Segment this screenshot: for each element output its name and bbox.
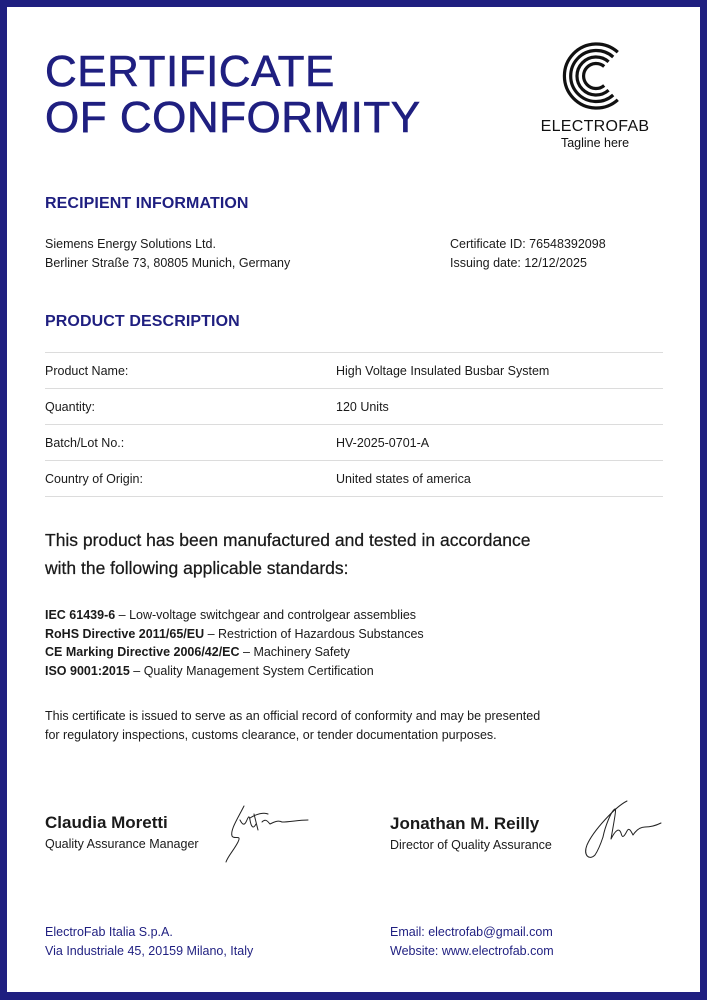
standard-code: IEC 61439-6 — [45, 608, 115, 622]
footer-company-info: ElectroFab Italia S.p.A. Via Industriale… — [45, 923, 253, 961]
statement-line-2: with the following applicable standards: — [45, 554, 645, 582]
standard-code: ISO 9001:2015 — [45, 664, 130, 678]
standards-list: IEC 61439-6 – Low-voltage switchgear and… — [45, 606, 424, 680]
signatory-role: Director of Quality Assurance — [390, 836, 552, 854]
footer-address: Via Industriale 45, 20159 Milano, Italy — [45, 942, 253, 961]
brand-tagline: Tagline here — [520, 136, 670, 150]
brand-name: ELECTROFAB — [520, 118, 670, 136]
standard-code: CE Marking Directive 2006/42/EC — [45, 645, 240, 659]
standard-item: ISO 9001:2015 – Quality Management Syste… — [45, 662, 424, 681]
signatory-name: Jonathan M. Reilly — [390, 814, 552, 834]
table-row: Country of Origin: United states of amer… — [45, 461, 663, 497]
row-label: Quantity: — [45, 389, 336, 425]
recipient-address: Berliner Straße 73, 80805 Munich, German… — [45, 254, 290, 273]
certificate-meta: Certificate ID: 76548392098 Issuing date… — [450, 235, 606, 273]
row-value: 120 Units — [336, 389, 663, 425]
standard-item: IEC 61439-6 – Low-voltage switchgear and… — [45, 606, 424, 625]
signatory-2: Jonathan M. Reilly Director of Quality A… — [390, 814, 552, 854]
title-line-2: OF CONFORMITY — [45, 93, 421, 142]
statement-line-1: This product has been manufactured and t… — [45, 526, 645, 554]
issuing-date: Issuing date: 12/12/2025 — [450, 254, 606, 273]
standard-code: RoHS Directive 2011/65/EU — [45, 627, 204, 641]
standard-item: RoHS Directive 2011/65/EU – Restriction … — [45, 625, 424, 644]
note-line-1: This certificate is issued to serve as a… — [45, 707, 645, 726]
conformity-statement: This product has been manufactured and t… — [45, 526, 645, 582]
row-label: Country of Origin: — [45, 461, 336, 497]
standard-description: – Machinery Safety — [240, 645, 350, 659]
footer-company: ElectroFab Italia S.p.A. — [45, 923, 253, 942]
row-value: United states of america — [336, 461, 663, 497]
recipient-company: Siemens Energy Solutions Ltd. — [45, 235, 290, 254]
signatory-role: Quality Assurance Manager — [45, 835, 199, 853]
certificate-id: Certificate ID: 76548392098 — [450, 235, 606, 254]
certificate-title: CERTIFICATE OF CONFORMITY — [45, 49, 421, 141]
row-value: HV-2025-0701-A — [336, 425, 663, 461]
table-row: Quantity: 120 Units — [45, 389, 663, 425]
row-value: High Voltage Insulated Busbar System — [336, 353, 663, 389]
product-heading: PRODUCT DESCRIPTION — [45, 313, 240, 331]
standard-item: CE Marking Directive 2006/42/EC – Machin… — [45, 643, 424, 662]
signatory-1: Claudia Moretti Quality Assurance Manage… — [45, 813, 199, 853]
concentric-c-icon — [560, 40, 630, 112]
standard-description: – Restriction of Hazardous Substances — [204, 627, 424, 641]
footer-email[interactable]: Email: electrofab@gmail.com — [390, 923, 554, 942]
certificate-note: This certificate is issued to serve as a… — [45, 707, 645, 745]
company-logo: ELECTROFAB Tagline here — [520, 40, 670, 150]
recipient-details: Siemens Energy Solutions Ltd. Berliner S… — [45, 235, 290, 273]
footer-website[interactable]: Website: www.electrofab.com — [390, 942, 554, 961]
standard-description: – Low-voltage switchgear and controlgear… — [115, 608, 416, 622]
row-label: Product Name: — [45, 353, 336, 389]
product-table: Product Name: High Voltage Insulated Bus… — [45, 352, 663, 497]
row-label: Batch/Lot No.: — [45, 425, 336, 461]
note-line-2: for regulatory inspections, customs clea… — [45, 726, 645, 745]
signature-2 — [575, 797, 665, 867]
signature-1 — [222, 800, 317, 865]
signatory-name: Claudia Moretti — [45, 813, 199, 833]
table-row: Batch/Lot No.: HV-2025-0701-A — [45, 425, 663, 461]
footer-contact-info: Email: electrofab@gmail.com Website: www… — [390, 923, 554, 961]
recipient-heading: RECIPIENT INFORMATION — [45, 195, 249, 213]
title-line-1: CERTIFICATE — [45, 47, 335, 96]
standard-description: – Quality Management System Certificatio… — [130, 664, 374, 678]
table-row: Product Name: High Voltage Insulated Bus… — [45, 353, 663, 389]
